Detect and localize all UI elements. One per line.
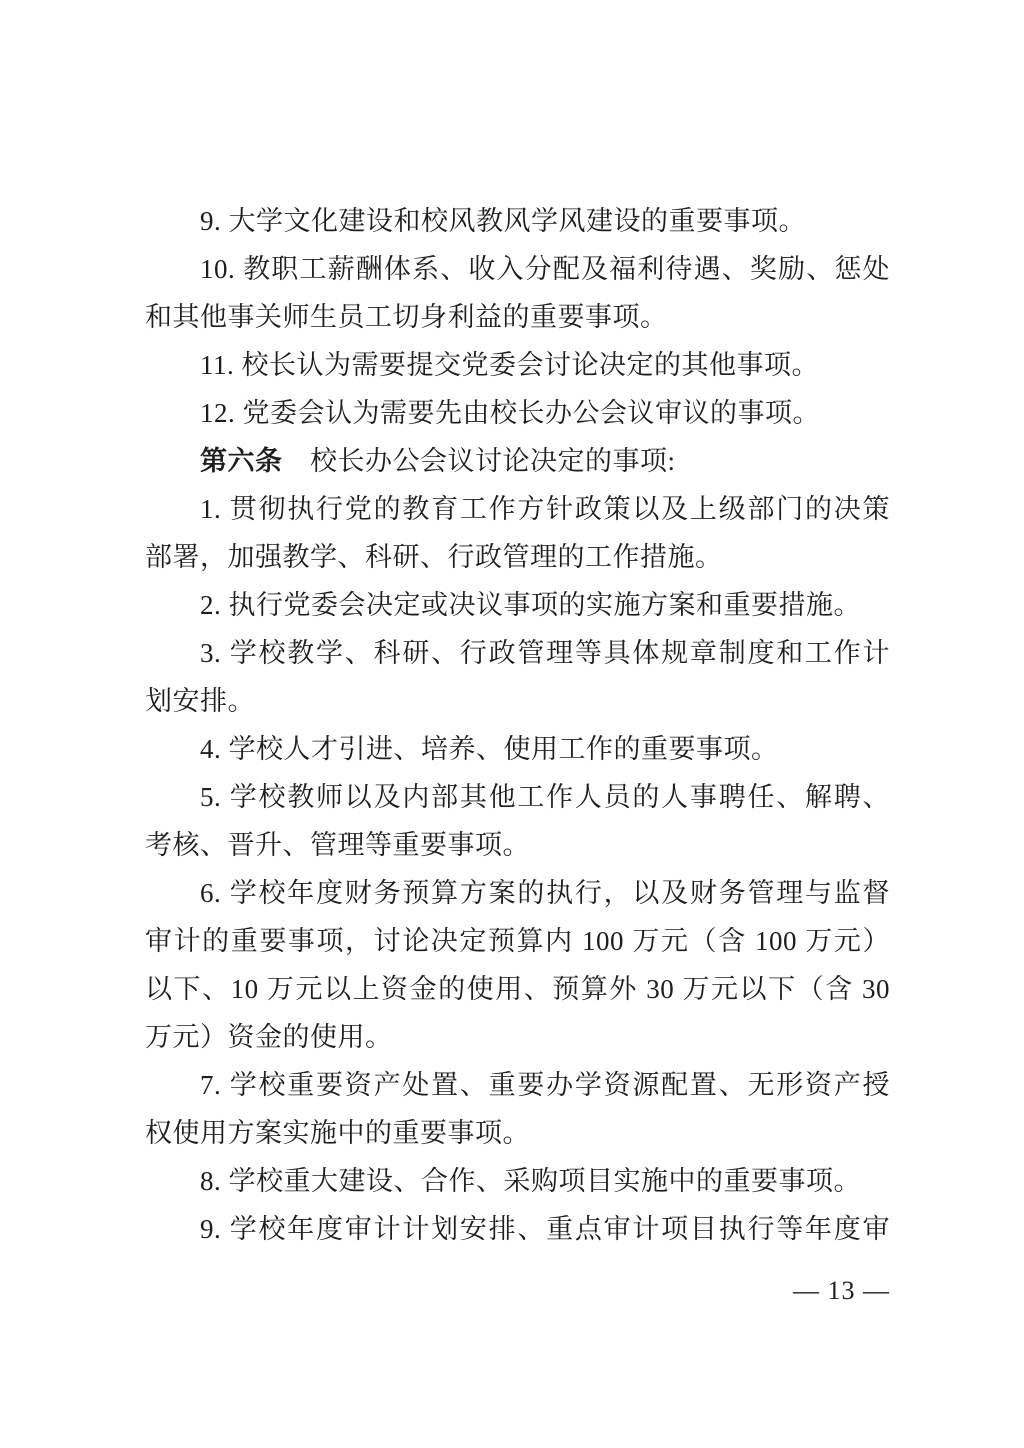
document-line: 考核、晋升、管理等重要事项。: [145, 821, 890, 869]
document-line: 1. 贯彻执行党的教育工作方针政策以及上级部门的决策: [145, 485, 890, 533]
document-line: 7. 学校重要资产处置、重要办学资源配置、无形资产授: [145, 1061, 890, 1109]
document-line: 权使用方案实施中的重要事项。: [145, 1109, 890, 1157]
document-line: 9. 大学文化建设和校风教风学风建设的重要事项。: [145, 197, 890, 245]
document-content: 9. 大学文化建设和校风教风学风建设的重要事项。10. 教职工薪酬体系、收入分配…: [145, 197, 890, 1253]
document-line: 5. 学校教师以及内部其他工作人员的人事聘任、解聘、: [145, 773, 890, 821]
document-line: 9. 学校年度审计计划安排、重点审计项目执行等年度审: [145, 1205, 890, 1253]
document-line: 以下、10 万元以上资金的使用、预算外 30 万元以下（含 30: [145, 965, 890, 1013]
document-line: 审计的重要事项，讨论决定预算内 100 万元（含 100 万元）: [145, 917, 890, 965]
document-line: 11. 校长认为需要提交党委会讨论决定的其他事项。: [145, 341, 890, 389]
document-line: 2. 执行党委会决定或决议事项的实施方案和重要措施。: [145, 581, 890, 629]
document-line: 划安排。: [145, 677, 890, 725]
article-heading-label: 第六条: [200, 446, 283, 476]
document-page: 9. 大学文化建设和校风教风学风建设的重要事项。10. 教职工薪酬体系、收入分配…: [0, 0, 1024, 1448]
document-line: 8. 学校重大建设、合作、采购项目实施中的重要事项。: [145, 1157, 890, 1205]
page-number: — 13 —: [793, 1276, 890, 1306]
document-line: 和其他事关师生员工切身利益的重要事项。: [145, 293, 890, 341]
document-line: 3. 学校教学、科研、行政管理等具体规章制度和工作计: [145, 629, 890, 677]
document-line: 部署，加强教学、科研、行政管理的工作措施。: [145, 533, 890, 581]
document-line: 10. 教职工薪酬体系、收入分配及福利待遇、奖励、惩处: [145, 245, 890, 293]
document-line: 6. 学校年度财务预算方案的执行，以及财务管理与监督: [145, 869, 890, 917]
document-line: 第六条 校长办公会议讨论决定的事项:: [145, 437, 890, 485]
document-line: 12. 党委会认为需要先由校长办公会议审议的事项。: [145, 389, 890, 437]
document-line: 4. 学校人才引进、培养、使用工作的重要事项。: [145, 725, 890, 773]
article-heading-text: 校长办公会议讨论决定的事项:: [283, 446, 676, 476]
document-line: 万元）资金的使用。: [145, 1013, 890, 1061]
